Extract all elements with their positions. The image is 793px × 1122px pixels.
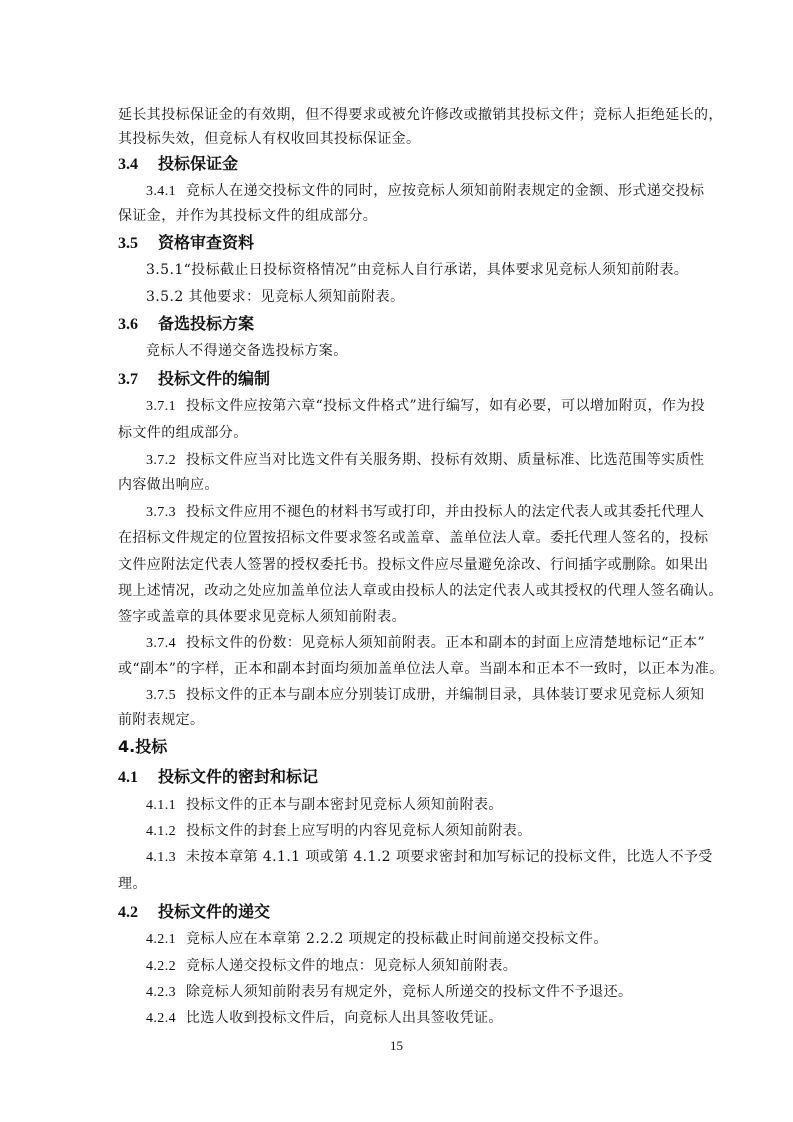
- clause-text: 除竞标人须知前附表另有规定外，竞标人所递交的投标文件不予退还。: [186, 984, 632, 1000]
- paragraph-line: 现上述情况，改动之处应加盖单位法人章或由投标人的法定代表人或其授权的代理人签名确…: [118, 582, 692, 600]
- clause-number: 3.7.5: [146, 687, 186, 705]
- clause-text: 竞标人在递交投标文件的同时，应按竞标人须知前附表规定的金额、形式递交投标: [186, 183, 704, 199]
- paragraph-line: 签字或盖章的具体要求见竞标人须知前附表。: [118, 608, 692, 626]
- paragraph-line: 或“副本”的字样，正本和副本封面均须加盖单位法人章。当副本和正本不一致时，以正本…: [118, 660, 692, 678]
- clause-number: 4.2.3: [146, 984, 186, 1002]
- heading-title: 资格审查资料: [158, 233, 254, 252]
- section-heading-3-5: 3.5资格审查资料: [118, 233, 254, 254]
- heading-number: 3.5: [118, 234, 158, 254]
- heading-title: 投标文件的递交: [158, 902, 270, 921]
- section-heading-3-7: 3.7投标文件的编制: [118, 369, 270, 390]
- document-page: 延长其投标保证金的有效期，但不得要求或被允许修改或撤销其投标文件；竞标人拒绝延长…: [0, 0, 793, 1122]
- clause-number: 4.1.3: [146, 849, 186, 867]
- section-heading-3-4: 3.4投标保证金: [118, 154, 238, 175]
- clause-text: 投标文件的封套上应写明的内容见竞标人须知前附表。: [186, 823, 532, 839]
- clause-3-4-1: 3.4.1竞标人在递交投标文件的同时，应按竞标人须知前附表规定的金额、形式递交投…: [146, 182, 692, 201]
- clause-number: 4.2.2: [146, 958, 186, 976]
- heading-title: 备选投标方案: [158, 314, 254, 333]
- clause-text: 竞标人应在本章第 2.2.2 项规定的投标截止时间前递交投标文件。: [186, 931, 608, 947]
- clause-text: 投标文件的份数：见竞标人须知前附表。正本和副本的封面上应清楚地标记“正本”: [186, 635, 705, 651]
- clause-number: 4.2.4: [146, 1010, 186, 1028]
- clause-4-1-2: 4.1.2投标文件的封套上应写明的内容见竞标人须知前附表。: [146, 822, 532, 841]
- heading-title: 投标文件的编制: [158, 369, 270, 388]
- clause-3-7-5: 3.7.5投标文件的正本与副本应分别装订成册，并编制目录，具体装订要求见竞标人须…: [146, 686, 692, 705]
- paragraph-line: 内容做出响应。: [118, 476, 692, 494]
- clause-4-1-1: 4.1.1投标文件的正本与副本密封见竞标人须知前附表。: [146, 796, 503, 815]
- clause-number: 3.4.1: [146, 183, 186, 201]
- section-heading-4-1: 4.1投标文件的密封和标记: [118, 767, 318, 788]
- clause-4-2-2: 4.2.2竞标人递交投标文件的地点：见竞标人须知前附表。: [146, 957, 517, 976]
- clause-3-7-1: 3.7.1投标文件应按第六章“投标文件格式”进行编写，如有必要，可以增加附页，作…: [146, 397, 692, 416]
- clause-3-7-2: 3.7.2投标文件应当对比选文件有关服务期、投标有效期、质量标准、比选范围等实质…: [146, 451, 692, 470]
- section-heading-4-2: 4.2投标文件的递交: [118, 902, 270, 923]
- clause-number: 3.7.2: [146, 452, 186, 470]
- heading-number: 3.6: [118, 315, 158, 335]
- clause-number: 3.7.4: [146, 635, 186, 653]
- heading-number: 4.1: [118, 768, 158, 788]
- paragraph-line: 前附表规定。: [118, 711, 692, 729]
- paragraph-line: 延长其投标保证金的有效期，但不得要求或被允许修改或撤销其投标文件；竞标人拒绝延长…: [118, 106, 692, 124]
- clause-4-2-4: 4.2.4比选人收到投标文件后，向竞标人出具签收凭证。: [146, 1009, 503, 1028]
- clause-3-5-2: 3.5.2 其他要求：见竞标人须知前附表。: [146, 288, 404, 306]
- section-heading-3-6: 3.6备选投标方案: [118, 314, 254, 335]
- clause-number: 4.1.1: [146, 797, 186, 815]
- paragraph-line: 文件应附法定代表人签署的授权委托书。投标文件应尽量避免涂改、行间插字或删除。如果…: [118, 556, 692, 574]
- clause-4-2-3: 4.2.3除竞标人须知前附表另有规定外，竞标人所递交的投标文件不予退还。: [146, 983, 632, 1002]
- clause-text: 投标文件应按第六章“投标文件格式”进行编写，如有必要，可以增加附页，作为投: [186, 398, 705, 414]
- clause-3-7-3: 3.7.3投标文件应用不褪色的材料书写或打印，并由投标人的法定代表人或其委托代理…: [146, 503, 692, 522]
- paragraph-line: 在招标文件规定的位置按招标文件要求签名或盖章、盖单位法人章。委托代理人签名的，投…: [118, 529, 692, 547]
- clause-text: 投标文件的正本与副本应分别装订成册，并编制目录，具体装订要求见竞标人须知: [186, 687, 704, 703]
- clause-number: 3.7.1: [146, 398, 186, 416]
- paragraph-line: 标文件的组成部分。: [118, 424, 692, 442]
- heading-number: 3.7: [118, 370, 158, 390]
- clause-3-7-4: 3.7.4投标文件的份数：见竞标人须知前附表。正本和副本的封面上应清楚地标记“正…: [146, 634, 692, 653]
- clause-text: 未按本章第 4.1.1 项或第 4.1.2 项要求密封和加写标记的投标文件，比选…: [186, 849, 713, 865]
- heading-title: 投标保证金: [158, 154, 238, 173]
- clause-number: 4.2.1: [146, 931, 186, 949]
- clause-text: 投标文件应当对比选文件有关服务期、投标有效期、质量标准、比选范围等实质性: [186, 452, 704, 468]
- heading-number: 4.2: [118, 903, 158, 923]
- clause-4-1-3: 4.1.3未按本章第 4.1.1 项或第 4.1.2 项要求密封和加写标记的投标…: [146, 848, 692, 867]
- clause-text: 比选人收到投标文件后，向竞标人出具签收凭证。: [186, 1010, 503, 1026]
- clause-4-2-1: 4.2.1竞标人应在本章第 2.2.2 项规定的投标截止时间前递交投标文件。: [146, 930, 608, 949]
- paragraph-line: 理。: [118, 875, 692, 893]
- page-number: 15: [0, 1038, 793, 1054]
- clause-number: 4.1.2: [146, 823, 186, 841]
- clause-number: 3.7.3: [146, 504, 186, 522]
- clause-text: 投标文件应用不褪色的材料书写或打印，并由投标人的法定代表人或其委托代理人: [186, 504, 704, 520]
- clause-text: 投标文件的正本与副本密封见竞标人须知前附表。: [186, 797, 503, 813]
- heading-number: 3.4: [118, 155, 158, 175]
- paragraph-line: 其投标失效，但竞标人有权收回其投标保证金。: [118, 130, 692, 148]
- clause-3-5-1: 3.5.1“投标截止日投标资格情况”由竞标人自行承诺，具体要求见竞标人须知前附表…: [146, 261, 688, 279]
- paragraph-line: 保证金，并作为其投标文件的组成部分。: [118, 207, 692, 225]
- clause-3-6-text: 竞标人不得递交备选投标方案。: [146, 342, 348, 360]
- heading-title: 投标文件的密封和标记: [158, 767, 318, 786]
- clause-text: 竞标人递交投标文件的地点：见竞标人须知前附表。: [186, 958, 517, 974]
- chapter-heading-4: 4.投标: [118, 737, 167, 757]
